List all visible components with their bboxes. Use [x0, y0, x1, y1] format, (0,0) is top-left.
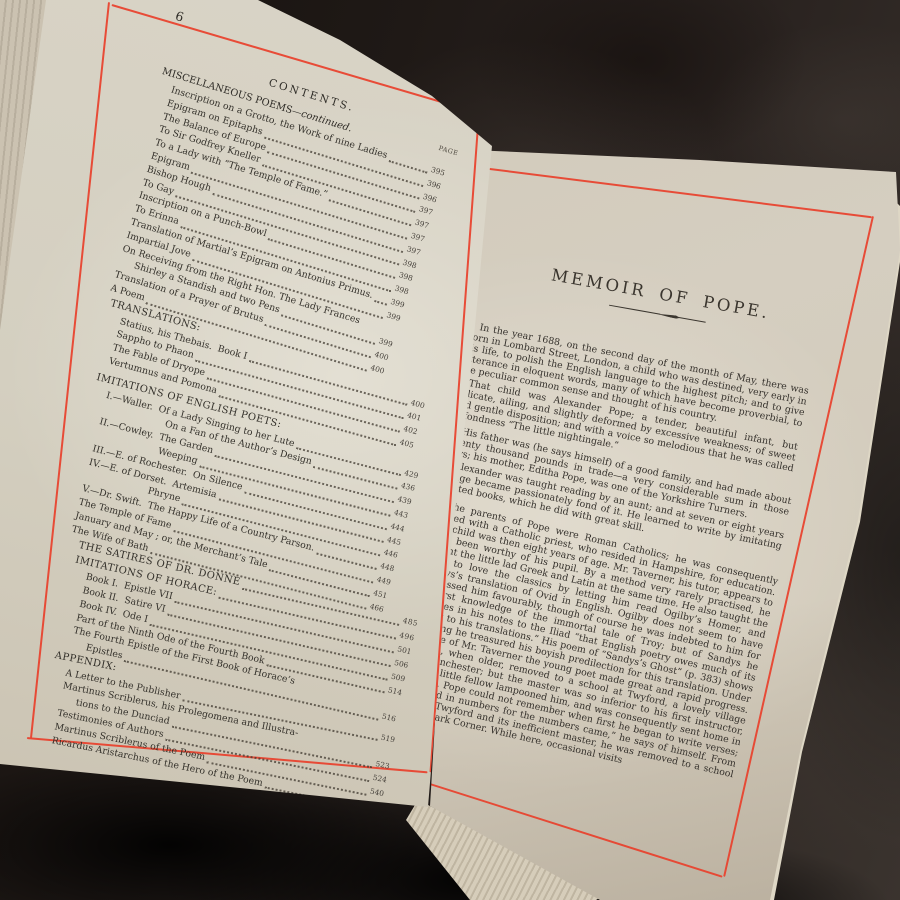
tailpiece-line-left: [609, 305, 660, 315]
toc-entry-page: 397: [410, 231, 426, 244]
toc-entry-page: 449: [376, 575, 392, 587]
toc-entry-page: 398: [394, 284, 410, 297]
toc-entry-page: 506: [393, 658, 409, 670]
toc-entry-page: 501: [397, 645, 413, 657]
toc-entry-page: 397: [414, 218, 430, 231]
toc-entry-page: 448: [379, 561, 395, 573]
memoir-title-block: MEMOIR OF POPE.: [495, 256, 825, 344]
toc-entry-page: 514: [387, 685, 403, 697]
toc-entry-page: 446: [383, 548, 399, 560]
toc-entry-page: 429: [403, 468, 419, 480]
toc-entry-page: 397: [418, 205, 434, 218]
toc-entry-page: 405: [399, 437, 415, 449]
red-border-top-memoir-page: [474, 166, 872, 219]
toc-entry-page: 523: [375, 759, 391, 771]
toc-entry-page: 399: [386, 310, 402, 323]
toc-entry-page: 395: [430, 165, 446, 178]
book-photo: MEMOIR OF POPE. In the year 1688, on the…: [0, 0, 900, 900]
toc-entry-page: 396: [422, 191, 438, 204]
toc-entry-page: 398: [402, 257, 418, 270]
toc-entry-page: 524: [372, 773, 388, 785]
tailpiece-line-right: [676, 317, 706, 323]
toc-entry-page: 443: [393, 508, 409, 520]
toc-entry-page: 451: [372, 588, 388, 600]
toc-entry-page: 439: [397, 494, 413, 506]
toc-entry-page: 396: [426, 178, 442, 191]
toc-entry-page: 402: [402, 424, 418, 436]
toc-entry-page: 399: [390, 297, 406, 310]
toc-entry-page: 519: [380, 732, 396, 744]
toc-entry-page: 445: [386, 534, 402, 546]
toc-entry-page: 509: [390, 671, 406, 683]
toc-entry-page: 400: [373, 350, 389, 363]
toc-entry-page: 496: [399, 630, 416, 642]
toc-entry-page: 400: [410, 397, 426, 409]
toc-entry-page: 444: [390, 521, 406, 533]
toc-entry-page: 399: [378, 336, 394, 349]
toc-entry-page: 397: [406, 244, 422, 257]
folio-page-number: 6: [174, 8, 186, 25]
toc-entry-page: 401: [406, 411, 422, 423]
toc-entry-page: 398: [398, 271, 414, 284]
toc-entry-page: 540: [369, 786, 385, 798]
toc-entry-page: 436: [400, 481, 416, 493]
toc-entry-page: 485: [402, 616, 419, 628]
